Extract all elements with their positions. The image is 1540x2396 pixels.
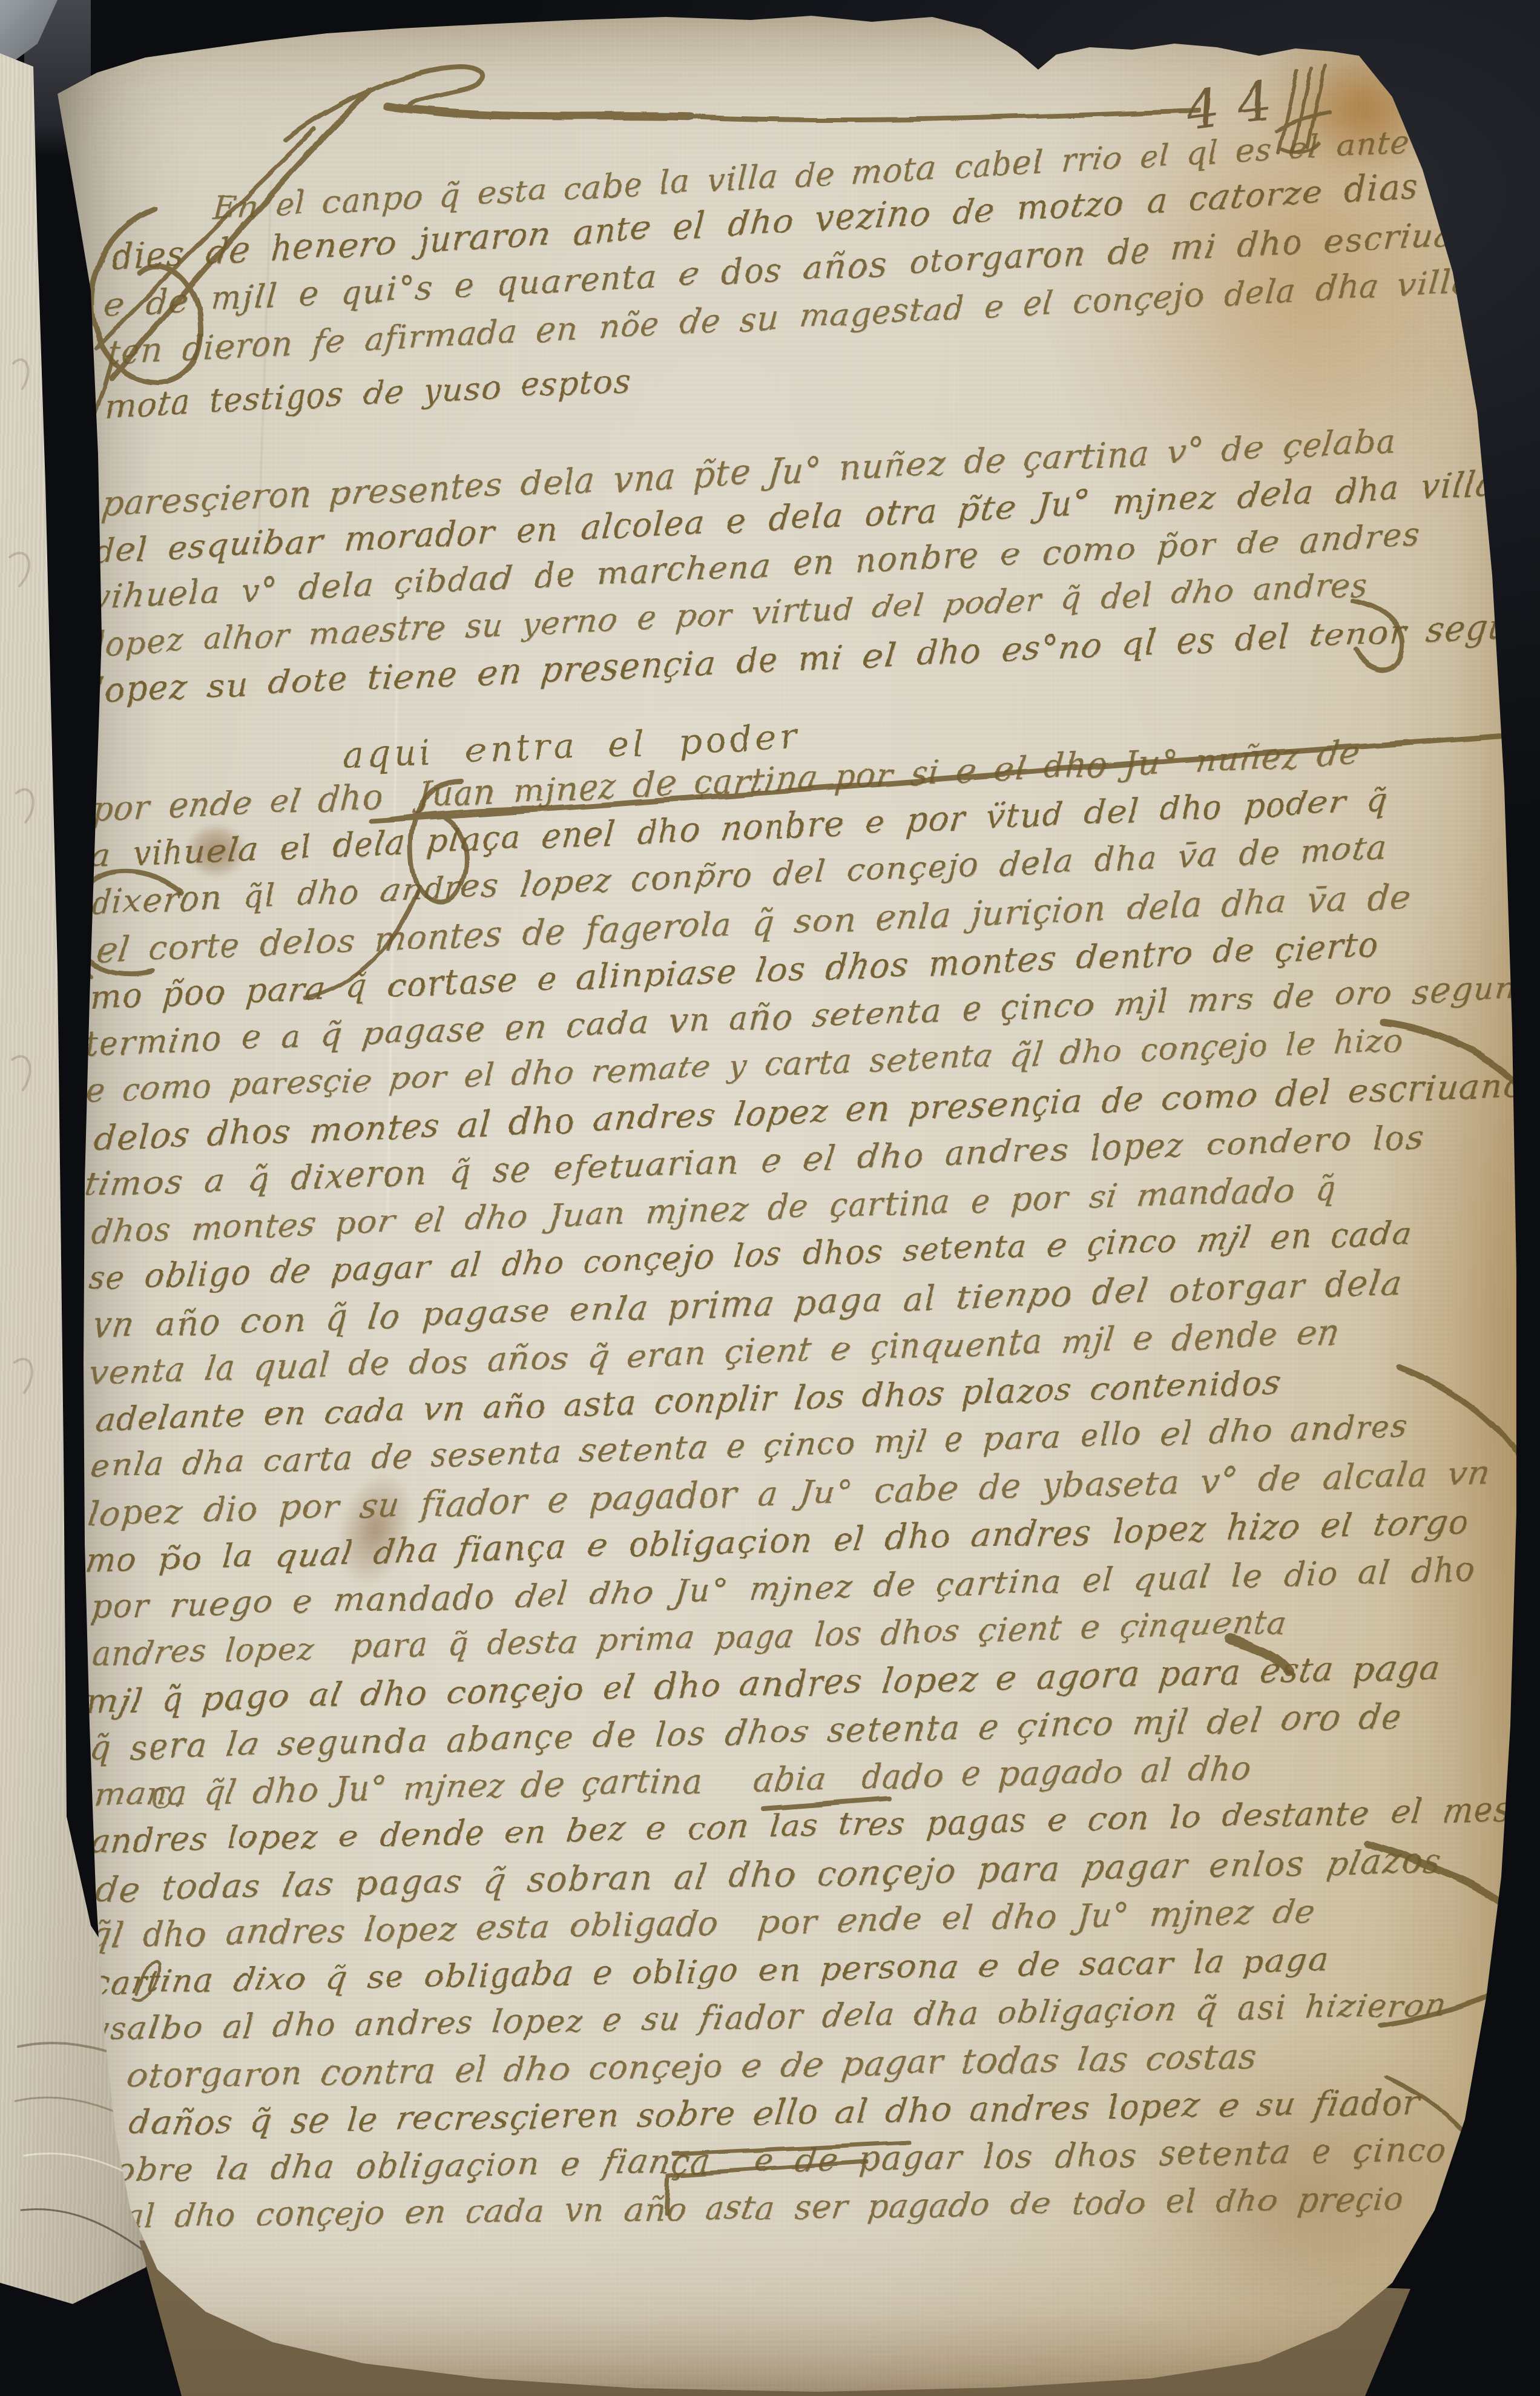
bleed-through-marks <box>10 360 33 1393</box>
manuscript-text-line: sobre la dha obligaçion e fiança e de pa… <box>95 2133 1525 2187</box>
manuscript-text-line: e daños q̃ se le recresçieren sobre ello… <box>89 2085 1422 2140</box>
manuscript-photo: 44 aqui entra el poder C. En el canpo q̃… <box>0 0 1540 2396</box>
manuscript-text-line: mota testigos de yuso esptos <box>104 365 632 423</box>
manuscript-text-line: al dho conçejo en cada vn año asta ser p… <box>122 2183 1406 2233</box>
ink-layer: 44 aqui entra el poder C. En el canpo q̃… <box>0 0 1540 2396</box>
manuscript-page: 44 aqui entra el poder C. En el canpo q̃… <box>0 0 1540 2396</box>
manuscript-text-line: e otorgaron contra el dho conçejo e de p… <box>87 2040 1259 2094</box>
top-pen-flourish <box>286 67 1199 140</box>
